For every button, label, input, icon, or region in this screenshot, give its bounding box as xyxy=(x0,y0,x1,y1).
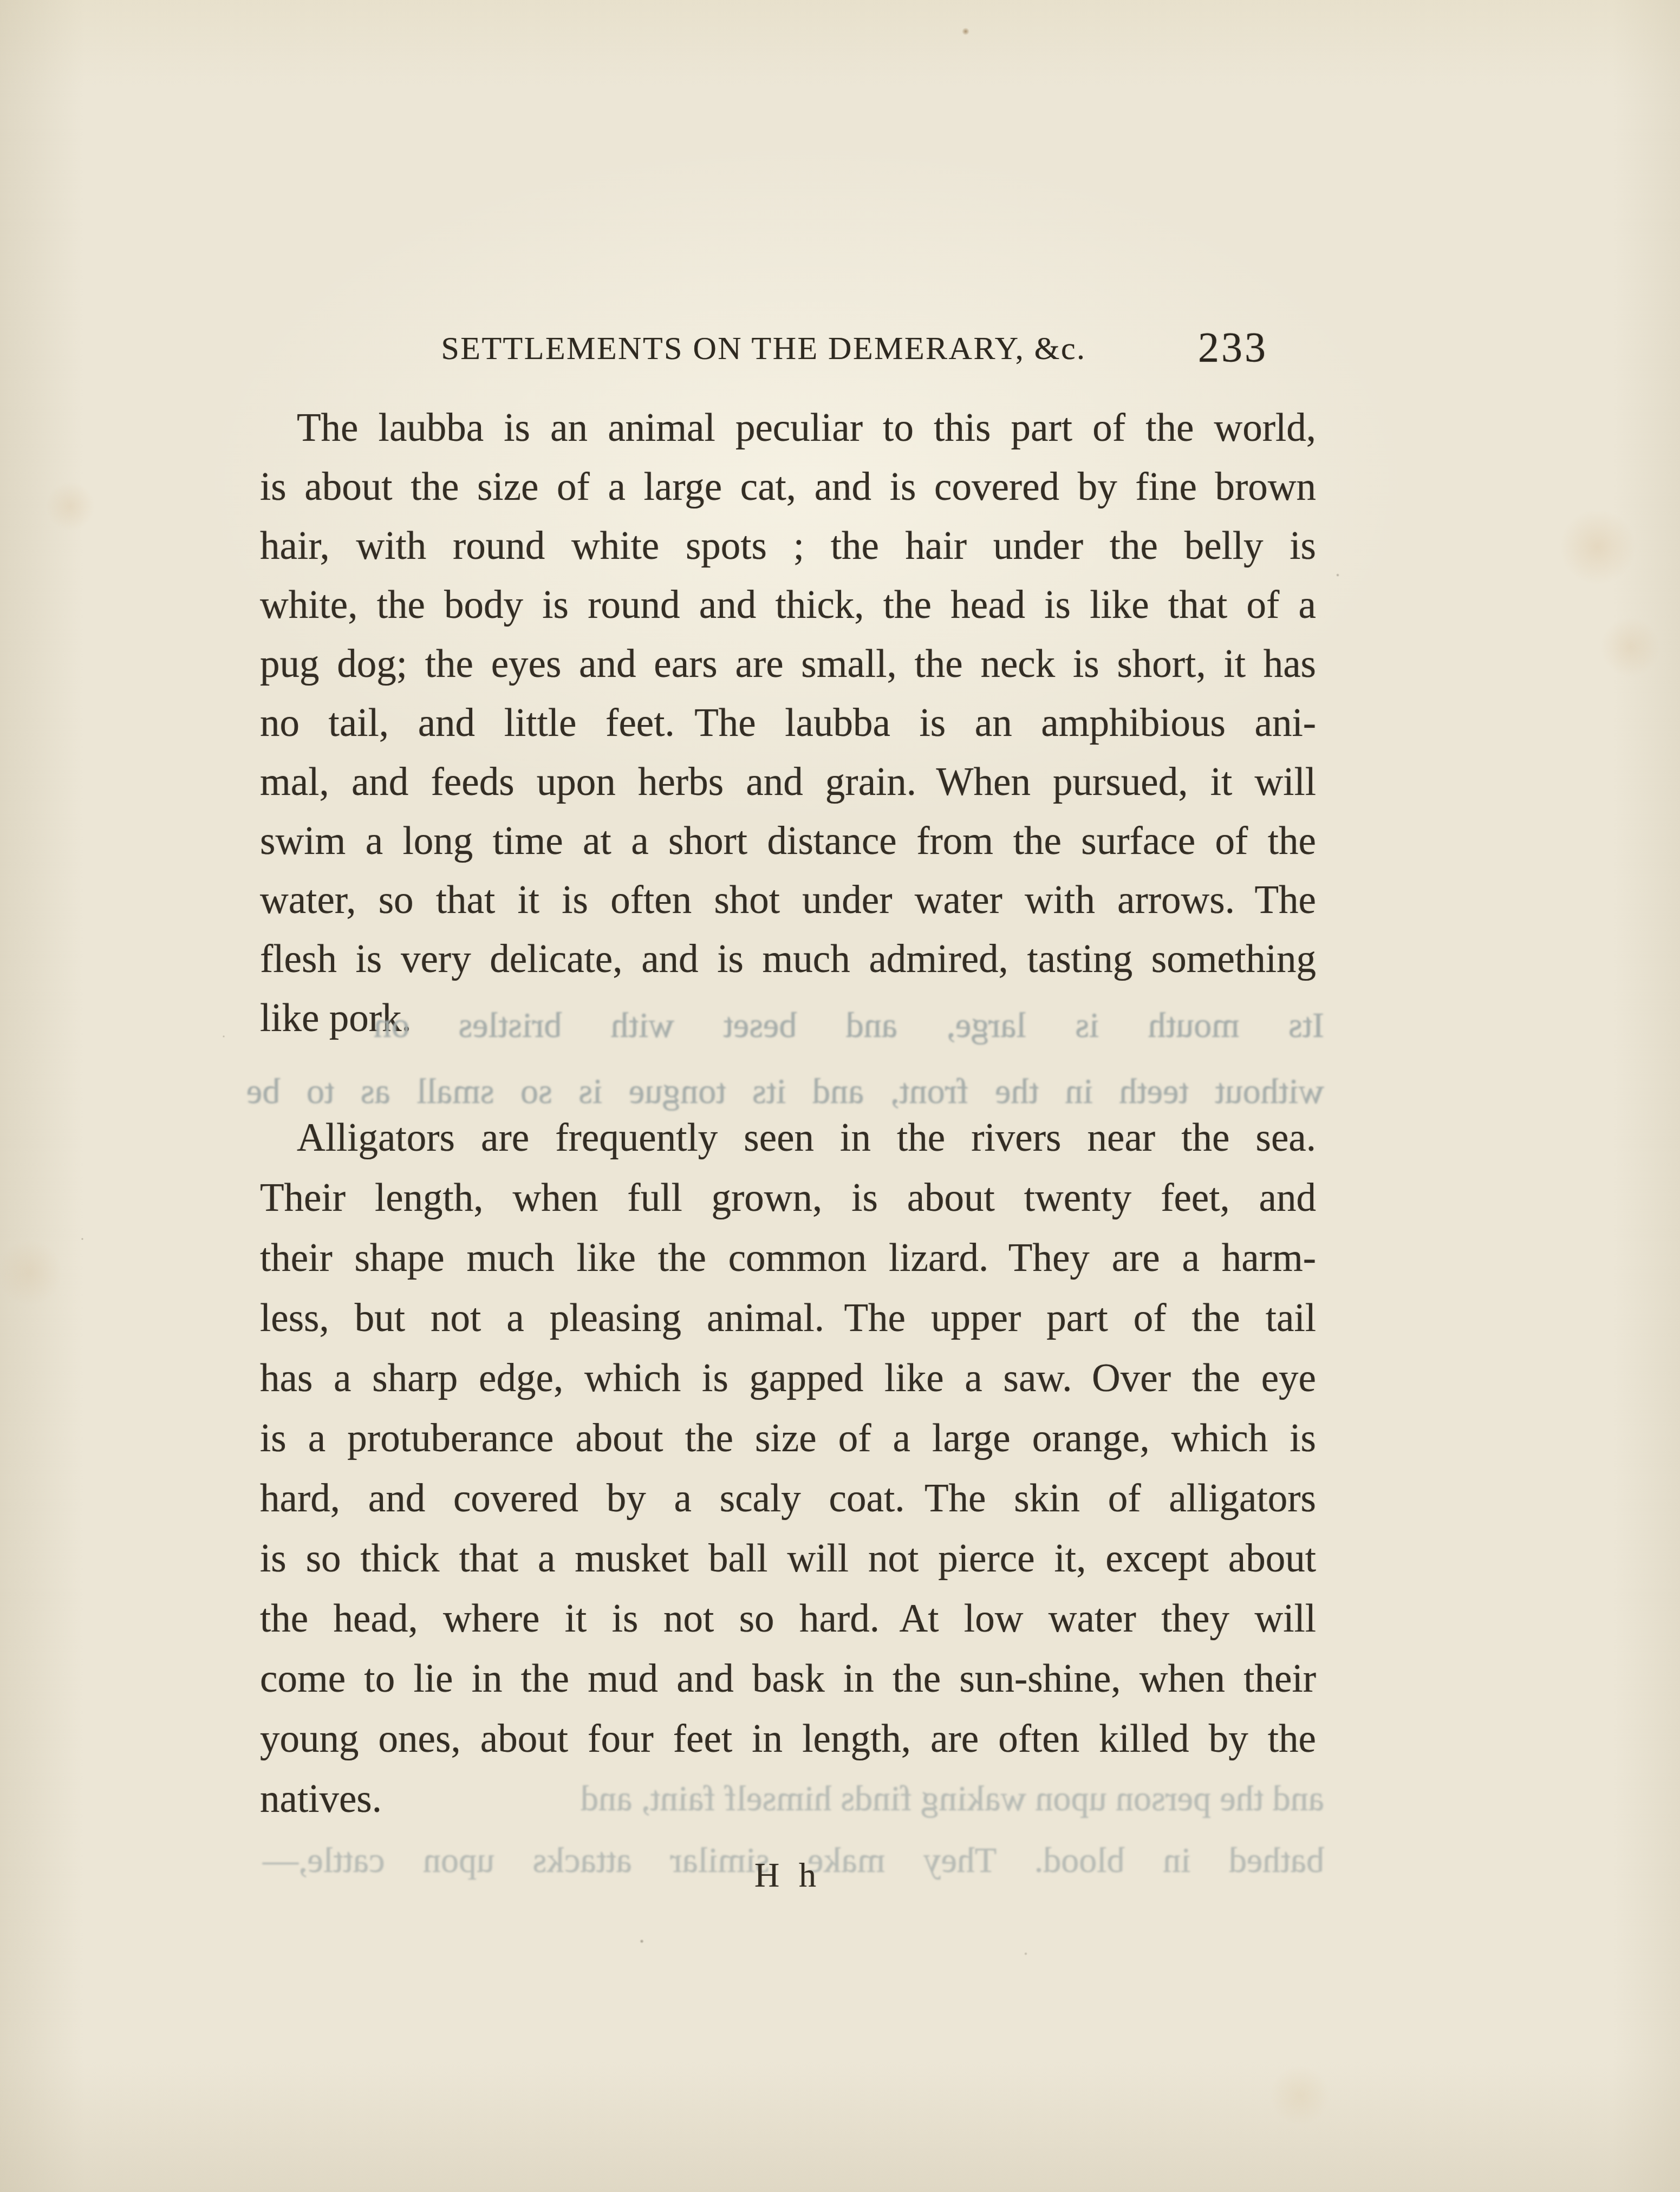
text-line: their shape much like the common lizard.… xyxy=(260,1228,1316,1288)
text-line: mal, and feeds upon herbs and grain. Whe… xyxy=(260,752,1316,811)
text-line: hard, and covered by a scaly coat. The s… xyxy=(260,1468,1316,1528)
text-line: The laubba is an animal peculiar to this… xyxy=(260,398,1316,457)
text-line: white, the body is round and thick, the … xyxy=(260,575,1316,634)
text-line: pug dog; the eyes and ears are small, th… xyxy=(260,634,1316,693)
text-line: the head, where it is not so hard. At lo… xyxy=(260,1588,1316,1648)
paragraph-alligators: Alligators are frequently seen in the ri… xyxy=(260,1107,1316,1829)
text-line: Alligators are frequently seen in the ri… xyxy=(260,1107,1316,1167)
text-line: swim a long time at a short distance fro… xyxy=(260,811,1316,870)
page-number: 233 xyxy=(1198,323,1268,371)
paragraph-laubba: The laubba is an animal peculiar to this… xyxy=(260,398,1316,1047)
bleedthrough-line-3: and the person upon waking finds himself… xyxy=(590,1770,1324,1828)
text-line: is a protuberance about the size of a la… xyxy=(260,1408,1316,1468)
text-line: is about the size of a large cat, and is… xyxy=(260,457,1316,516)
text-line: come to lie in the mud and bask in the s… xyxy=(260,1648,1316,1708)
text-line: is so thick that a musket ball will not … xyxy=(260,1528,1316,1588)
text-line: young ones, about four feet in length, a… xyxy=(260,1708,1316,1769)
text-line: has a sharp edge, which is gapped like a… xyxy=(260,1348,1316,1408)
text-line: no tail, and little feet. The laubba is … xyxy=(260,693,1316,752)
book-page-scan: SETTLEMENTS ON THE DEMERARY, &c. 233 The… xyxy=(0,0,1680,2192)
text-line: hair, with round white spots ; the hair … xyxy=(260,516,1316,575)
signature-mark: H h xyxy=(260,1851,1316,1900)
running-header-title: SETTLEMENTS ON THE DEMERARY, &c. xyxy=(236,324,1292,373)
text-line: water, so that it is often shot under wa… xyxy=(260,870,1316,929)
text-line: less, but not a pleasing animal. The upp… xyxy=(260,1288,1316,1348)
text-line: Their length, when full grown, is about … xyxy=(260,1167,1316,1228)
text-line: flesh is very delicate, and is much admi… xyxy=(260,929,1316,988)
bleedthrough-line-1: Its mouth is large, and beset with brist… xyxy=(374,996,1324,1055)
